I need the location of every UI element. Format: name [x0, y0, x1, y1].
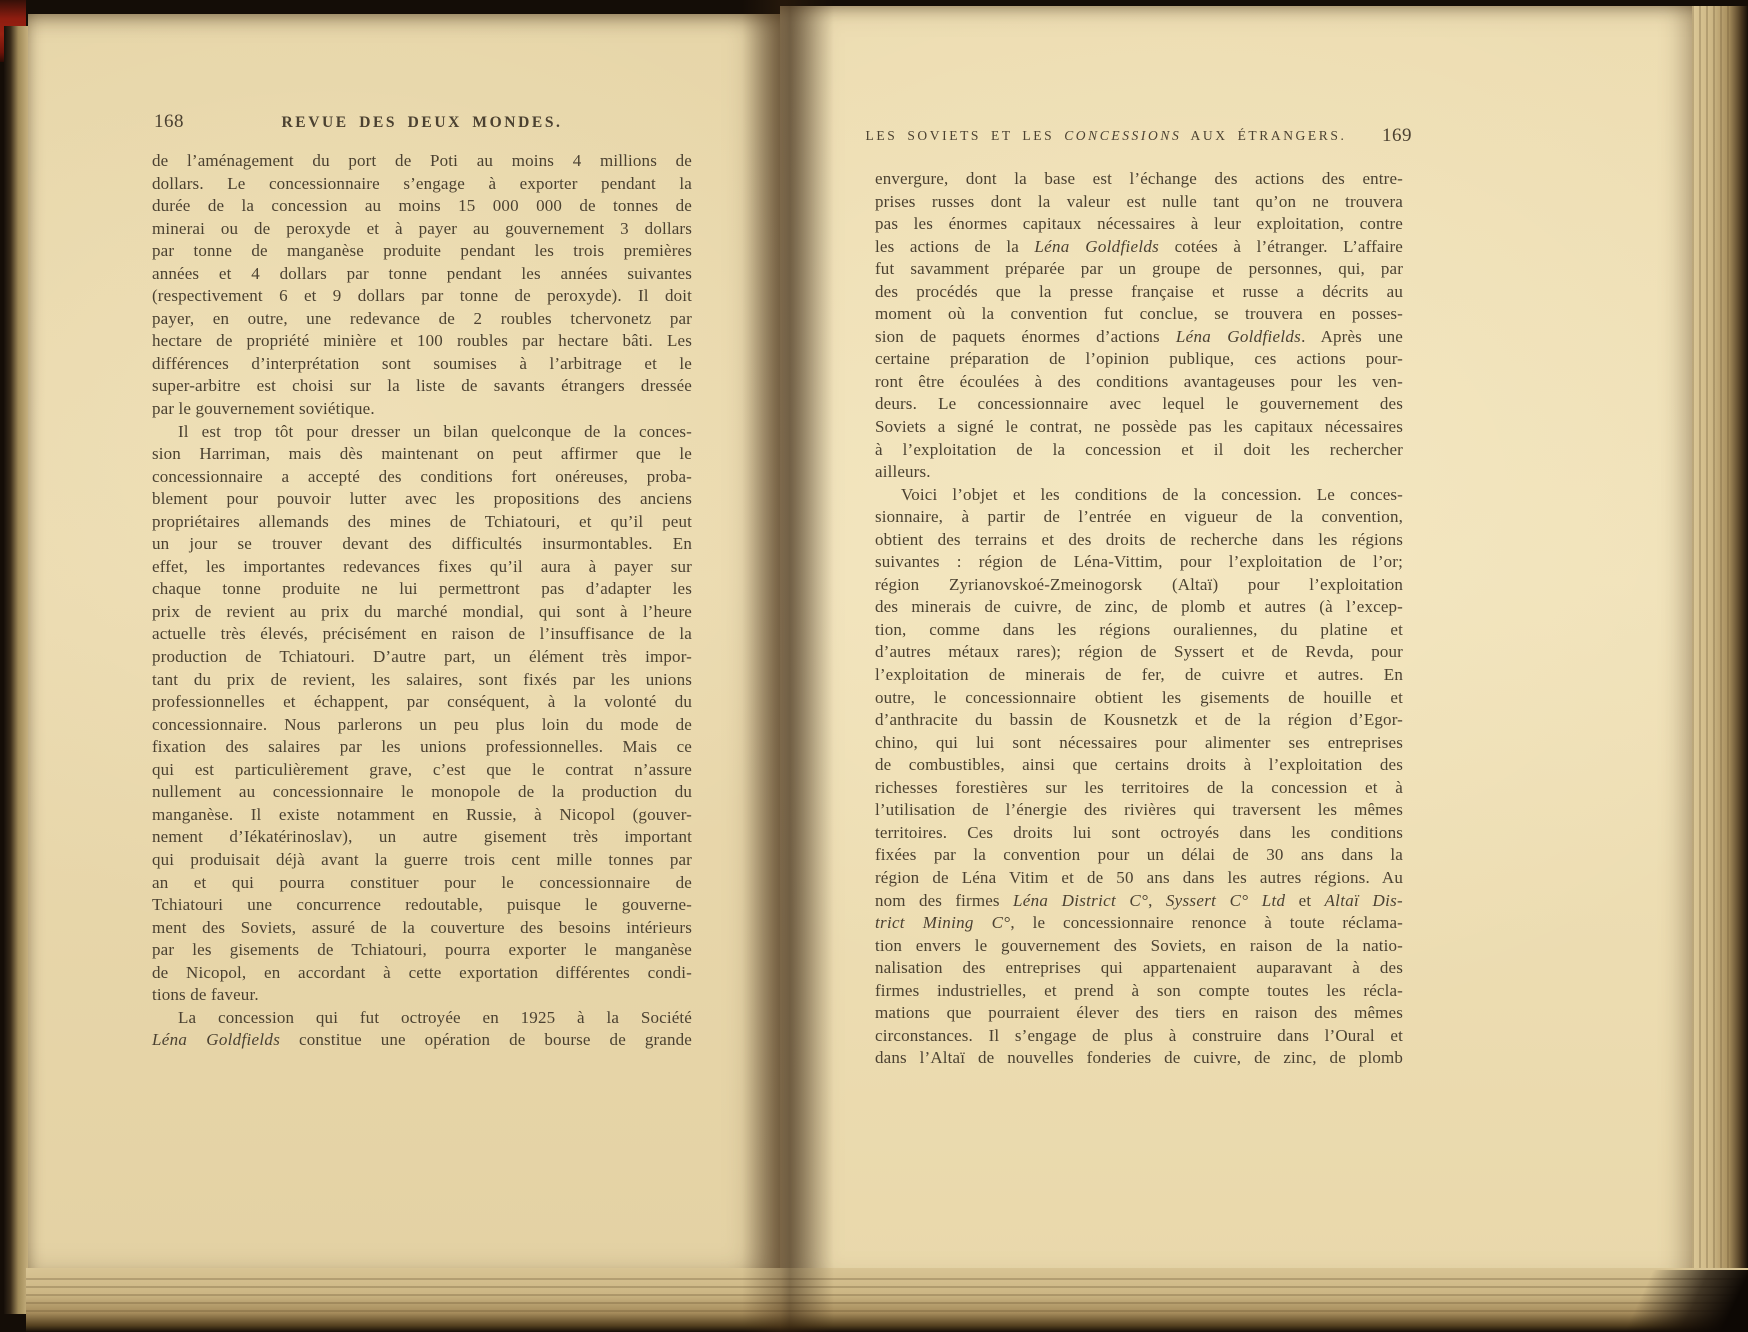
text-line: les actions de la Léna Goldfields cotées… — [875, 236, 1403, 259]
text-line: (respectivement 6 et 9 dollars par tonne… — [152, 285, 692, 308]
text-line: durée de la concession au moins 15 000 0… — [152, 195, 692, 218]
right-page-number: 169 — [1382, 125, 1412, 147]
text-line: payer, en outre, une redevance de 2 roub… — [152, 308, 692, 331]
bottom-page-edge-lines — [26, 1278, 1748, 1318]
text-line: prix de revient au prix du marché mondia… — [152, 601, 692, 624]
text-line: sionnaire, à partir de l’entrée en vigue… — [875, 506, 1403, 529]
text-line: Léna Goldfields constitue une opération … — [152, 1029, 692, 1052]
text-line: certaine préparation de l’opinion publiq… — [875, 348, 1403, 371]
text-line: de Nicopol, en accordant à cette exporta… — [152, 962, 692, 985]
text-line: super-arbitre est choisi sur la liste de… — [152, 375, 692, 398]
text-line: nement d’Iékatérinoslav), un autre gisem… — [152, 826, 692, 849]
text-line: concessionnaire a accepté des conditions… — [152, 466, 692, 489]
text-line: trict Mining C°, le concessionnaire reno… — [875, 912, 1403, 935]
text-line: tion envers le gouvernement des Soviets,… — [875, 935, 1403, 958]
left-page-body: de l’aménagement du port de Poti au moin… — [152, 150, 692, 1052]
text-line: un jour se trouver devant des difficulté… — [152, 533, 692, 556]
text-line: hectare de propriété minière et 100 roub… — [152, 330, 692, 353]
text-line: La concession qui fut octroyée en 1925 à… — [152, 1007, 692, 1030]
text-line: l’exploitation de minerais de fer, de cu… — [875, 664, 1403, 687]
text-line: prises russes dont la valeur est nulle t… — [875, 191, 1403, 214]
text-line: de l’aménagement du port de Poti au moin… — [152, 150, 692, 173]
text-line: moment où la convention fut conclue, se … — [875, 303, 1403, 326]
text-line: deurs. Le concessionnaire avec lequel le… — [875, 393, 1403, 416]
text-line: années et 4 dollars par tonne pendant le… — [152, 263, 692, 286]
text-line: circonstances. Il s’engage de plus à con… — [875, 1025, 1403, 1048]
text-line: dollars. Le concessionnaire s’engage à e… — [152, 173, 692, 196]
text-line: obtient des terrains et des droits de re… — [875, 529, 1403, 552]
text-line: par le gouvernement soviétique. — [152, 398, 692, 421]
text-line: an et qui pourra constituer pour le conc… — [152, 872, 692, 895]
left-page-number: 168 — [154, 111, 184, 133]
text-line: Tchiatouri une concurrence redoutable, p… — [152, 894, 692, 917]
text-line: sion de paquets énormes d’actions Léna G… — [875, 326, 1403, 349]
text-line: propriétaires allemands des mines de Tch… — [152, 511, 692, 534]
text-line: Voici l’objet et les conditions de la co… — [875, 484, 1403, 507]
text-line: des procédés que la presse française et … — [875, 281, 1403, 304]
text-line: suivantes : région de Léna-Vittim, pour … — [875, 551, 1403, 574]
text-line: manganèse. Il existe notamment en Russie… — [152, 804, 692, 827]
text-line: sion Harriman, mais dès maintenant on pe… — [152, 443, 692, 466]
text-line: par les gisements de Tchiatouri, pourra … — [152, 939, 692, 962]
text-line: territoires. Ces droits lui sont octroyé… — [875, 822, 1403, 845]
left-page-edge-strip — [4, 26, 30, 1314]
text-line: tions de faveur. — [152, 984, 692, 1007]
text-line: blement pour pouvoir lutter avec les pro… — [152, 488, 692, 511]
text-line: pas les énormes capitaux nécessaires à l… — [875, 213, 1403, 236]
text-line: nullement au concessionnaire le monopole… — [152, 781, 692, 804]
text-line: outre, le concessionnaire obtient les gi… — [875, 687, 1403, 710]
text-line: dans l’Altaï de nouvelles fonderies de c… — [875, 1047, 1403, 1070]
right-running-title: LES SOVIETS ET LES CONCESSIONS AUX ÉTRAN… — [862, 128, 1410, 144]
text-line: d’anthracite du bassin de Kousnetzk et d… — [875, 709, 1403, 732]
text-line: richesses forestières sur les territoire… — [875, 777, 1403, 800]
text-line: d’autres métaux rares); région de Sysser… — [875, 641, 1403, 664]
text-line: actuelle très élevés, précisément en rai… — [152, 623, 692, 646]
text-line: Il est trop tôt pour dresser un bilan qu… — [152, 421, 692, 444]
text-line: firmes industrielles, et prend à son com… — [875, 980, 1403, 1003]
left-running-header: 168 REVUE DES DEUX MONDES. — [152, 114, 692, 140]
text-line: nom des firmes Léna District C°, Syssert… — [875, 890, 1403, 913]
text-line: ront être écoulées à des conditions avan… — [875, 371, 1403, 394]
text-line: région Zyrianovskoé-Zmeinogorsk (Altaï) … — [875, 574, 1403, 597]
text-line: effet, les importantes redevances fixes … — [152, 556, 692, 579]
book-scan: 168 REVUE DES DEUX MONDES. LES SOVIETS E… — [0, 0, 1748, 1332]
text-line: chino, qui lui sont nécessaires pour ali… — [875, 732, 1403, 755]
text-line: qui est particulièrement grave, c’est qu… — [152, 759, 692, 782]
text-line: nalisation des entreprises qui appartena… — [875, 957, 1403, 980]
text-line: Soviets a signé le contrat, ne possède p… — [875, 416, 1403, 439]
text-line: fixation des salaires par les unions pro… — [152, 736, 692, 759]
text-line: minerai ou de peroxyde et à payer au gou… — [152, 218, 692, 241]
right-page-edge-lines — [1692, 6, 1732, 1304]
text-line: ment des Soviets, assuré de la couvertur… — [152, 917, 692, 940]
left-running-title: REVUE DES DEUX MONDES. — [152, 114, 692, 132]
right-running-header: LES SOVIETS ET LES CONCESSIONS AUX ÉTRAN… — [862, 128, 1410, 154]
text-line: par tonne de manganèse produite pendant … — [152, 240, 692, 263]
text-line: envergure, dont la base est l’échange de… — [875, 168, 1403, 191]
text-line: fut savamment préparée par un groupe de … — [875, 258, 1403, 281]
text-line: l’utilisation de l’énergie des rivières … — [875, 799, 1403, 822]
text-line: ailleurs. — [875, 461, 1403, 484]
text-line: région de Léna Vitim et de 50 ans dans l… — [875, 867, 1403, 890]
text-line: différences d’interprétation sont soumis… — [152, 353, 692, 376]
text-line: chaque tonne produite ne lui permettront… — [152, 578, 692, 601]
text-line: à l’exploitation de la concession et il … — [875, 439, 1403, 462]
text-line: professionnelles et échappent, par consé… — [152, 691, 692, 714]
text-line: des minerais de cuivre, de zinc, de plom… — [875, 596, 1403, 619]
text-line: fixées par la convention pour un délai d… — [875, 844, 1403, 867]
text-line: mations que pourraient élever des tiers … — [875, 1002, 1403, 1025]
text-line: concessionnaire. Nous parlerons un peu p… — [152, 714, 692, 737]
right-page-body: envergure, dont la base est l’échange de… — [875, 168, 1403, 1070]
text-line: production de Tchiatouri. D’autre part, … — [152, 646, 692, 669]
text-line: tant du prix de revient, les salaires, s… — [152, 669, 692, 692]
text-line: tion, comme dans les régions ouraliennes… — [875, 619, 1403, 642]
text-line: de combustibles, ainsi que certains droi… — [875, 754, 1403, 777]
text-line: qui produisait déjà avant la guerre troi… — [152, 849, 692, 872]
bottom-right-shadow — [1600, 1270, 1748, 1332]
